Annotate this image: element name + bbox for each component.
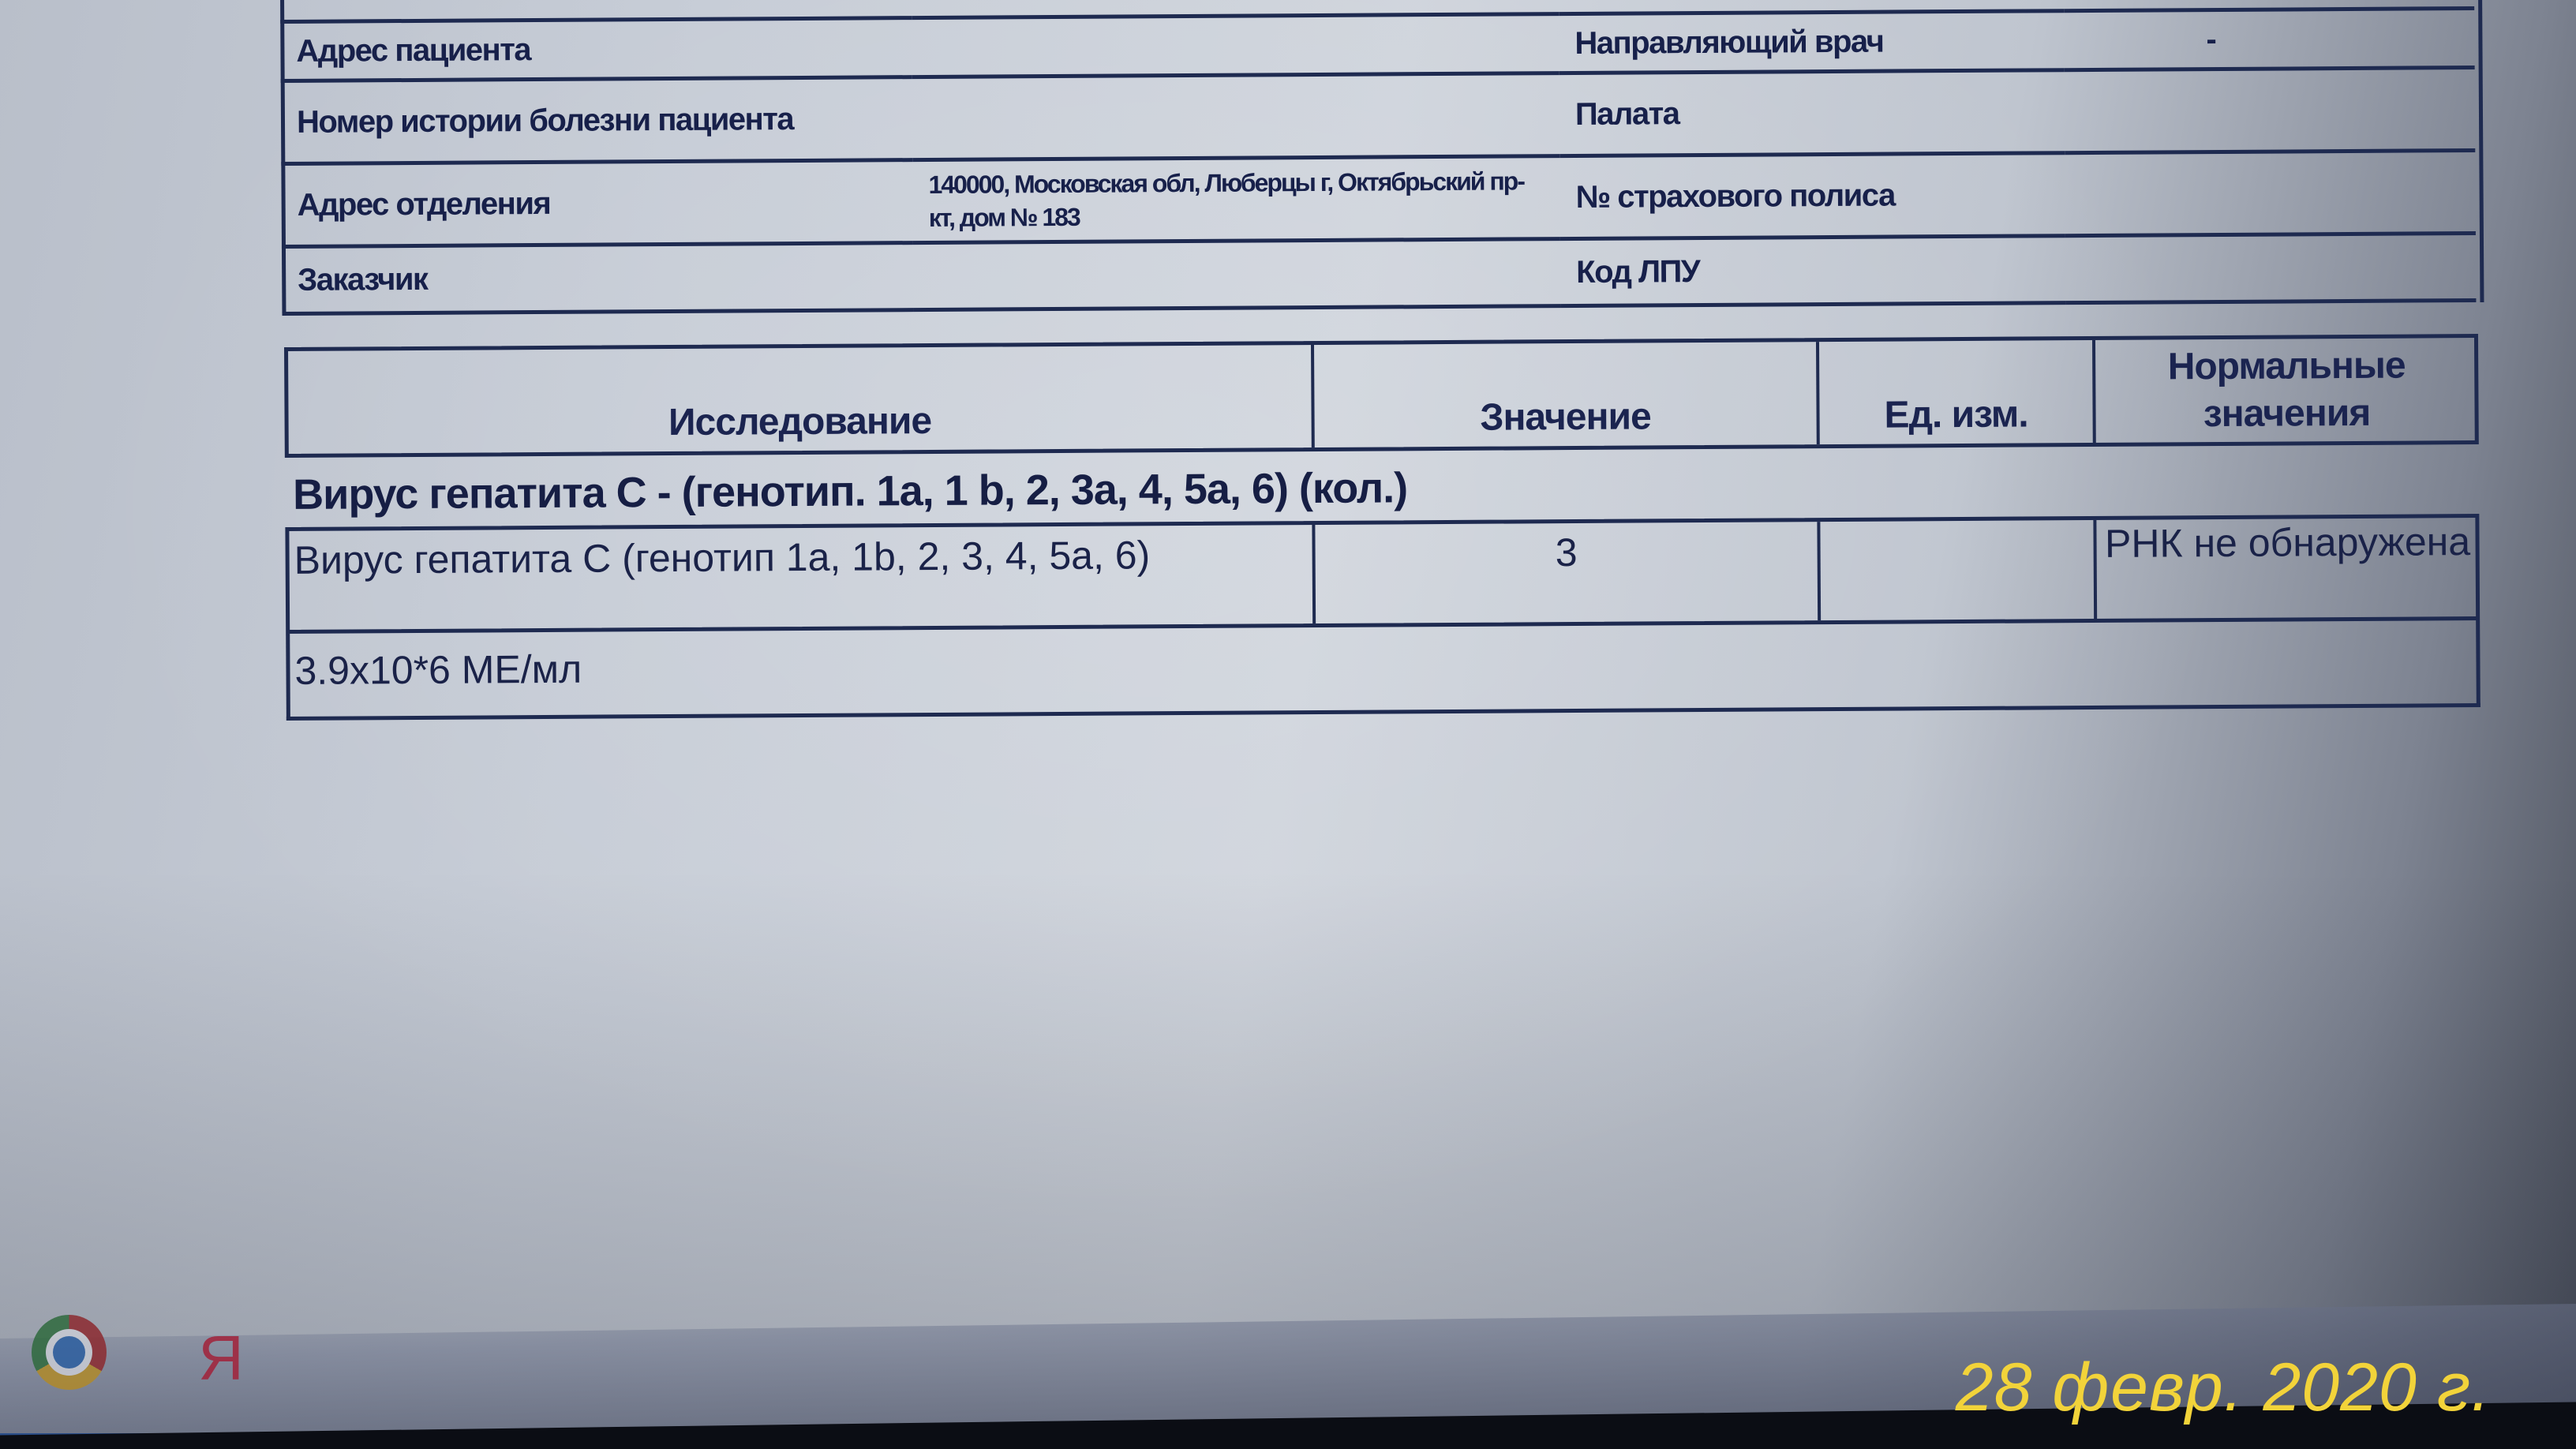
test-unit — [1820, 520, 2097, 620]
department-address-label: Адрес отделения — [281, 160, 913, 247]
info-row: Заказчик Код ЛПУ — [282, 234, 2476, 314]
chrome-icon[interactable] — [32, 1315, 107, 1390]
result-comment: 3.9x10*6 МЕ/мл — [286, 620, 2481, 721]
patient-address-value — [912, 14, 1559, 77]
test-reference: РНК не обнаружена — [2096, 518, 2479, 619]
case-history-label: Номер истории болезни пациента — [281, 77, 913, 164]
ward-label: Палата — [1559, 70, 2065, 156]
customer-value — [913, 239, 1561, 310]
lpu-code-value — [2065, 234, 2477, 303]
yandex-icon[interactable]: Я — [178, 1315, 264, 1402]
referring-doctor-label: Направляющий врач — [1559, 11, 2064, 73]
ward-value — [2065, 68, 2476, 153]
column-header-unit: Ед. изм. — [1819, 340, 2096, 444]
info-row: Номер истории болезни пациента Палата — [281, 68, 2476, 164]
department-address-value: 140000, Московская обл, Люберцы г, Октяб… — [912, 156, 1560, 243]
test-value: 3 — [1315, 522, 1821, 623]
lpu-code-label: Код ЛПУ — [1560, 236, 2066, 306]
patient-info-table: Адрес пациента Направляющий врач - Номер… — [280, 0, 2476, 316]
customer-label: Заказчик — [282, 243, 914, 314]
patient-address-label: Адрес пациента — [280, 18, 912, 81]
photo-date-stamp: 28 февр. 2020 г. — [1956, 1349, 2491, 1427]
insurance-policy-label: № страхового полиса — [1559, 153, 2065, 239]
results-table: Исследование Значение Ед. изм. Нормальны… — [284, 334, 2481, 721]
case-history-value — [912, 73, 1560, 160]
referring-doctor-value: - — [2064, 9, 2474, 70]
test-group-title: Вирус гепатита C - (генотип. 1a, 1 b, 2,… — [285, 444, 2479, 527]
column-header-test: Исследование — [288, 345, 1315, 454]
info-row: Адрес отделения 140000, Московская обл, … — [281, 151, 2476, 247]
insurance-policy-value — [2065, 151, 2476, 236]
column-header-value: Значение — [1314, 342, 1820, 447]
table-row: Вирус гепатита С (генотип 1a, 1b, 2, 3, … — [285, 514, 2480, 634]
column-header-reference: Нормальные значения — [2095, 338, 2478, 443]
results-header: Исследование Значение Ед. изм. Нормальны… — [284, 334, 2479, 458]
test-name: Вирус гепатита С (генотип 1a, 1b, 2, 3, … — [289, 525, 1316, 630]
